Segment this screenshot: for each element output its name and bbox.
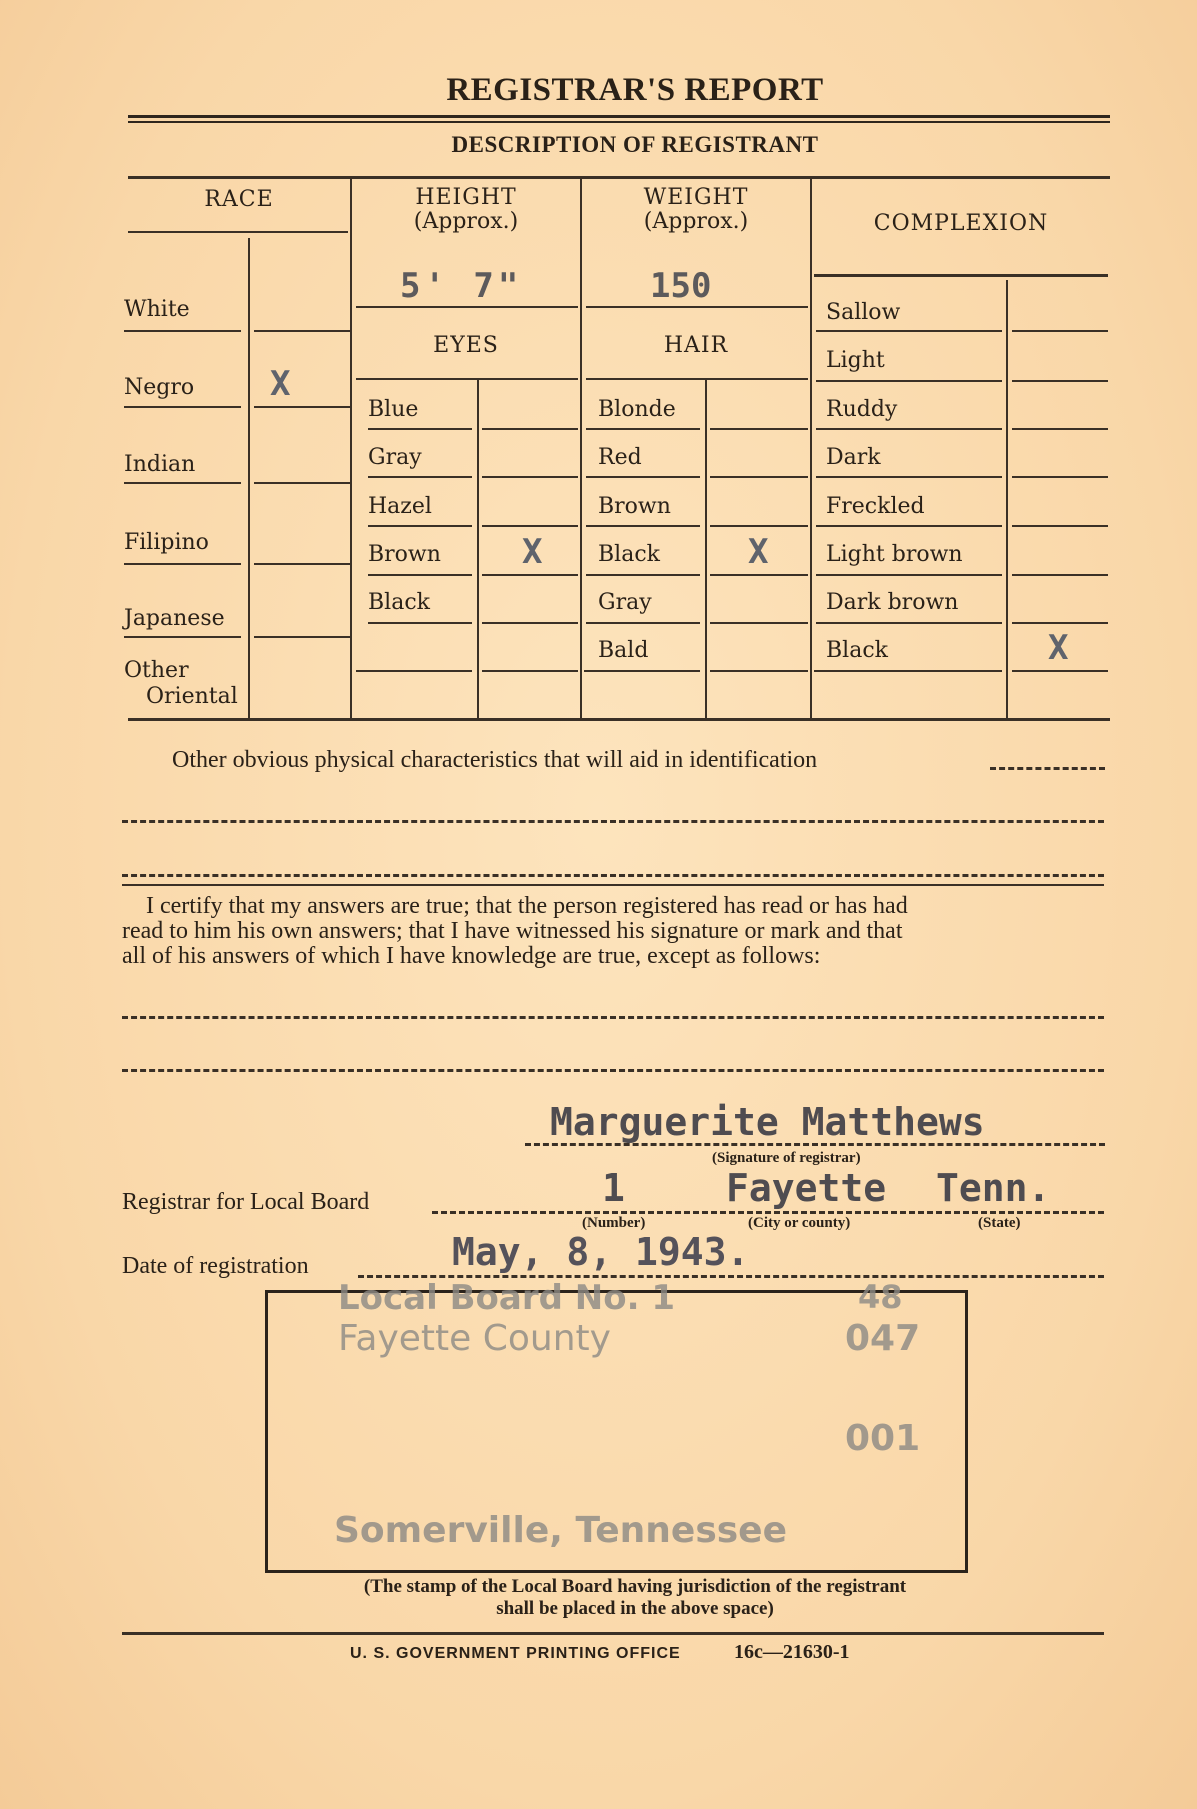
complexion-option-light: Light xyxy=(826,348,885,373)
row-rule xyxy=(816,476,1002,478)
row-rule xyxy=(482,574,578,576)
race-check-divider xyxy=(248,238,250,718)
row-rule xyxy=(1012,622,1108,624)
local-board-state[interactable]: Tenn. xyxy=(936,1166,1050,1210)
row-rule xyxy=(816,525,1002,527)
row-rule xyxy=(482,622,578,624)
race-option-negro: Negro xyxy=(124,375,194,400)
row-rule xyxy=(584,670,700,672)
complexion-option-ruddy: Ruddy xyxy=(826,397,897,422)
eyes-option-hazel: Hazel xyxy=(368,494,432,519)
hair-option-black: Black xyxy=(598,542,660,567)
row-rule xyxy=(254,563,350,565)
row-rule xyxy=(254,636,350,638)
certification-line-3: all of his answers of which I have knowl… xyxy=(122,944,820,969)
local-board-number[interactable]: 1 xyxy=(602,1166,625,1210)
race-option-japanese: Japanese xyxy=(124,606,225,631)
title-rule-top xyxy=(128,115,1110,118)
race-option-other: Other xyxy=(124,658,189,683)
hair-option-blonde: Blonde xyxy=(598,397,676,422)
stamp-caption: (The stamp of the Local Board having jur… xyxy=(0,1576,1197,1620)
section-rule xyxy=(122,884,1104,886)
stamp-county: Fayette County xyxy=(338,1318,611,1359)
row-rule xyxy=(254,482,350,484)
row-rule xyxy=(814,670,1002,672)
complexion-check-mark[interactable]: X xyxy=(1048,628,1068,668)
table-top-rule xyxy=(128,176,1110,179)
row-rule xyxy=(586,622,700,624)
local-board-label: Registrar for Local Board xyxy=(122,1190,369,1215)
row-rule xyxy=(254,330,350,332)
printer-label: U. S. GOVERNMENT PRINTING OFFICE xyxy=(350,1645,681,1663)
city-caption: (City or county) xyxy=(748,1215,850,1232)
row-rule xyxy=(710,525,808,527)
characteristics-input-line-3[interactable] xyxy=(122,874,1104,877)
row-rule xyxy=(254,406,350,408)
hair-check-divider xyxy=(705,380,707,718)
complexion-header: COMPLEXION xyxy=(812,212,1110,236)
hair-option-bald: Bald xyxy=(598,638,648,663)
registration-date-label: Date of registration xyxy=(122,1254,309,1279)
form-number: 16c—21630-1 xyxy=(734,1641,850,1664)
height-rule xyxy=(356,306,578,308)
row-rule xyxy=(816,330,1002,332)
row-rule xyxy=(482,670,578,672)
stamp-caption-line-1: (The stamp of the Local Board having jur… xyxy=(0,1576,1197,1598)
row-rule xyxy=(586,574,700,576)
race-check-mark[interactable]: X xyxy=(270,364,290,404)
col-divider xyxy=(810,178,812,718)
certification-line-2: read to him his own answers; that I have… xyxy=(122,919,902,944)
draft-registration-card-back: { "header": { "title": "REGISTRAR'S REPO… xyxy=(0,0,1197,1809)
stamp-number-1: 48 xyxy=(858,1278,903,1316)
row-rule xyxy=(482,428,578,430)
eyes-check-mark[interactable]: X xyxy=(522,532,542,572)
complexion-option-light-brown: Light brown xyxy=(826,542,963,567)
col-divider xyxy=(350,178,352,718)
complexion-option-freckled: Freckled xyxy=(826,494,925,519)
weight-rule xyxy=(586,306,808,308)
row-rule xyxy=(368,622,472,624)
row-rule xyxy=(586,476,700,478)
row-rule xyxy=(710,622,808,624)
complexion-option-sallow: Sallow xyxy=(826,300,900,325)
eyes-option-blue: Blue xyxy=(368,397,418,422)
certification-line-1: I certify that my answers are true; that… xyxy=(146,894,908,919)
complexion-header-rule xyxy=(814,274,1108,277)
characteristics-input-line-2[interactable] xyxy=(122,820,1104,823)
row-rule xyxy=(710,428,808,430)
row-rule xyxy=(124,406,241,408)
registration-date-value[interactable]: May, 8, 1943. xyxy=(452,1230,749,1274)
hair-header-rule xyxy=(586,378,808,380)
eyes-option-gray: Gray xyxy=(368,445,422,470)
hair-check-mark[interactable]: X xyxy=(748,532,768,572)
footer-rule xyxy=(122,1632,1104,1635)
row-rule xyxy=(1012,670,1108,672)
race-header: RACE xyxy=(128,188,350,212)
row-rule xyxy=(482,476,578,478)
row-rule xyxy=(124,563,241,565)
section-title: DESCRIPTION OF REGISTRANT xyxy=(0,132,1197,158)
row-rule xyxy=(368,428,472,430)
weight-header: WEIGHT xyxy=(582,186,810,210)
row-rule xyxy=(816,574,1002,576)
row-rule xyxy=(710,476,808,478)
hair-option-brown: Brown xyxy=(598,494,671,519)
race-option-oriental: Oriental xyxy=(146,684,238,709)
eyes-option-brown: Brown xyxy=(368,542,441,567)
height-value[interactable]: 5' 7" xyxy=(400,266,522,306)
eyes-header-rule xyxy=(356,378,578,380)
eyes-option-black: Black xyxy=(368,590,430,615)
stamp-number-3: 001 xyxy=(845,1418,920,1459)
row-rule xyxy=(710,670,808,672)
state-caption: (State) xyxy=(978,1215,1020,1232)
row-rule xyxy=(1012,525,1108,527)
hair-option-red: Red xyxy=(598,445,642,470)
row-rule xyxy=(1012,380,1108,382)
row-rule xyxy=(710,574,808,576)
row-rule xyxy=(586,428,700,430)
race-option-indian: Indian xyxy=(124,452,195,477)
characteristics-input-line[interactable] xyxy=(990,767,1105,770)
row-rule xyxy=(356,670,472,672)
race-option-filipino: Filipino xyxy=(124,530,209,555)
hair-option-gray: Gray xyxy=(598,590,652,615)
race-option-white: White xyxy=(124,297,190,322)
row-rule xyxy=(1012,476,1108,478)
row-rule xyxy=(124,482,241,484)
table-bottom-rule xyxy=(128,718,1110,721)
complexion-option-black: Black xyxy=(826,638,888,663)
row-rule xyxy=(482,525,578,527)
weight-value[interactable]: 150 xyxy=(650,266,711,306)
characteristics-label: Other obvious physical characteristics t… xyxy=(172,748,817,773)
eyes-header: EYES xyxy=(352,334,580,358)
complexion-option-dark-brown: Dark brown xyxy=(826,590,958,615)
exceptions-input-line-2[interactable] xyxy=(122,1069,1104,1072)
row-rule xyxy=(816,622,1002,624)
signature-line xyxy=(525,1143,1105,1146)
stamp-caption-line-2: shall be placed in the above space) xyxy=(0,1598,1197,1620)
row-rule xyxy=(1012,428,1108,430)
row-rule xyxy=(816,428,1002,430)
row-rule xyxy=(1012,330,1108,332)
height-approx-label: (Approx.) xyxy=(352,210,580,234)
title-rule-bottom xyxy=(128,121,1110,123)
signature-caption: (Signature of registrar) xyxy=(712,1150,861,1167)
row-rule xyxy=(124,330,241,332)
complexion-option-dark: Dark xyxy=(826,445,881,470)
col-divider xyxy=(580,178,582,718)
local-board-city[interactable]: Fayette xyxy=(726,1166,886,1210)
row-rule xyxy=(368,525,472,527)
stamp-location: Somerville, Tennessee xyxy=(334,1510,787,1551)
row-rule xyxy=(816,380,1002,382)
stamp-local-board: Local Board No. 1 xyxy=(338,1278,675,1318)
complexion-check-divider xyxy=(1006,280,1008,718)
row-rule xyxy=(124,636,241,638)
eyes-check-divider xyxy=(477,380,479,718)
hair-header: HAIR xyxy=(582,334,810,358)
weight-approx-label: (Approx.) xyxy=(582,210,810,234)
stamp-number-2: 047 xyxy=(845,1318,920,1359)
row-rule xyxy=(368,574,472,576)
registrar-signature[interactable]: Marguerite Matthews xyxy=(550,1100,985,1144)
exceptions-input-line[interactable] xyxy=(122,1016,1104,1019)
row-rule xyxy=(368,476,472,478)
row-rule xyxy=(1012,574,1108,576)
race-header-rule xyxy=(128,231,348,233)
row-rule xyxy=(586,525,700,527)
height-header: HEIGHT xyxy=(352,186,580,210)
report-title: REGISTRAR'S REPORT xyxy=(0,72,1197,109)
local-board-line xyxy=(432,1211,1104,1214)
